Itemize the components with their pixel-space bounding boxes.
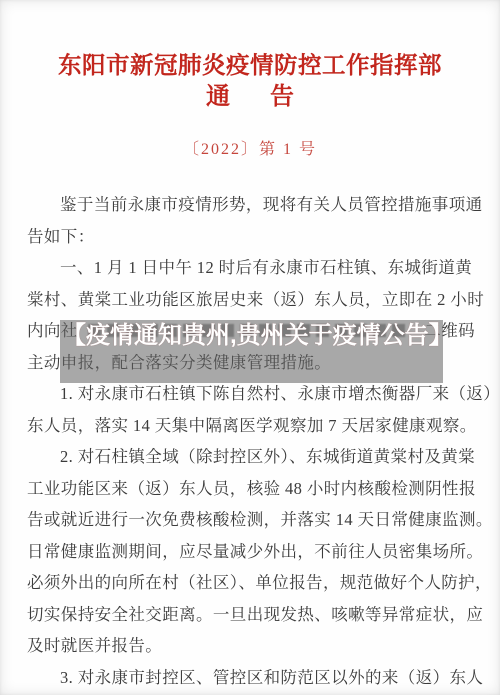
text-line: 一、1 月 1 日中午 12 时后有永康市石柱镇、东城街道黄 bbox=[27, 252, 475, 284]
doc-title-line1: 东阳市新冠肺炎疫情防控工作指挥部 bbox=[0, 50, 500, 82]
doc-number: 〔2022〕第 1 号 bbox=[0, 138, 500, 162]
scanned-notice-page: 东阳市新冠肺炎疫情防控工作指挥部 通 告 〔2022〕第 1 号 鉴于当前永康市… bbox=[0, 0, 500, 695]
text-line: 东人员，落实 14 天集中隔离医学观察加 7 天居家健康观察。 bbox=[27, 410, 475, 442]
overlay-caption-text: 【疫情通知贵州,贵州关于疫情公告】 bbox=[62, 320, 441, 351]
text-line: 告如下： bbox=[27, 221, 475, 253]
document-header: 东阳市新冠肺炎疫情防控工作指挥部 通 告 bbox=[0, 50, 500, 112]
text-line: 日常健康监测期间，应尽量减少外出，不前往人员密集场所。 bbox=[27, 536, 475, 568]
text-line: 及时就医并报告。 bbox=[27, 630, 475, 662]
text-line: 切实保持安全社交距离。一旦出现发热、咳嗽等异常症状，应 bbox=[27, 599, 475, 631]
text-line: 鉴于当前永康市疫情形势，现将有关人员管控措施事项通 bbox=[27, 189, 475, 221]
text-line: 2. 对石柱镇全域（除封控区外）、东城街道黄棠村及黄棠 bbox=[27, 441, 475, 473]
text-line: 工业功能区来（返）东人员，核验 48 小时内核酸检测阴性报 bbox=[27, 473, 475, 505]
text-line: 3. 对永康市封控区、管控区和防范区以外的来（返）东人 bbox=[27, 662, 475, 694]
doc-title-line2: 通 告 bbox=[0, 82, 500, 112]
text-line: 必须外出的向所在村（社区）、单位报告，规范做好个人防护， bbox=[27, 567, 475, 599]
overlay-caption-banner: 【疫情通知贵州,贵州关于疫情公告】 bbox=[60, 320, 443, 383]
text-line: 棠村、黄棠工业功能区旅居史来（返）东人员，立即在 2 小时 bbox=[27, 284, 475, 316]
text-line: 告或就近进行一次免费核酸检测，并落实 14 天日常健康监测。 bbox=[27, 504, 475, 536]
document-body: 鉴于当前永康市疫情形势，现将有关人员管控措施事项通告如下：一、1 月 1 日中午… bbox=[27, 189, 475, 693]
